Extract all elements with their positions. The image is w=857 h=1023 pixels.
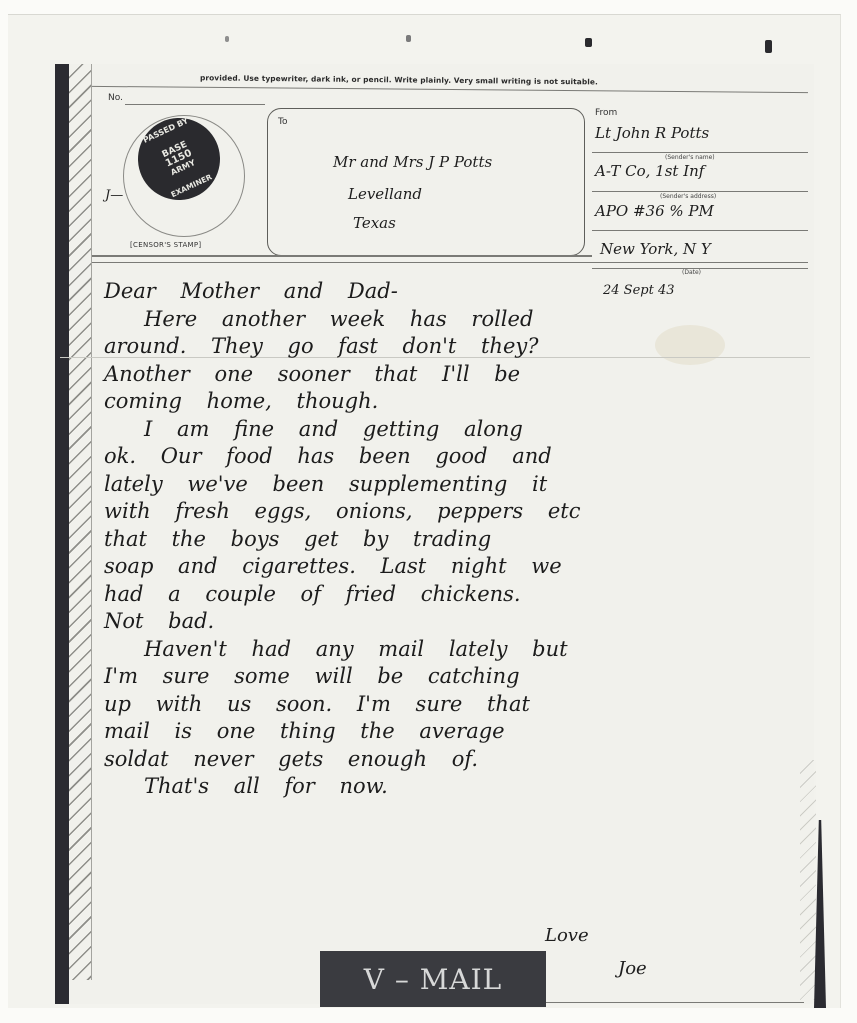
letter-line: Another one sooner that I'll be	[104, 361, 804, 389]
censor-stamp-label: [CENSOR'S STAMP]	[130, 241, 201, 249]
salutation: Dear Mother and Dad-	[104, 278, 804, 306]
sender-unit: A-T Co, 1st Inf	[595, 162, 704, 180]
left-hatched-margin	[69, 64, 92, 980]
letter-line: lately we've been supplementing it	[104, 471, 804, 499]
letter-line: mail is one thing the average	[104, 718, 804, 746]
recipient-address-box: To Mr and Mrs J P Potts Levelland Texas	[267, 108, 585, 256]
sender-name-caption: (Sender's name)	[665, 154, 715, 161]
from-label: From	[595, 108, 617, 118]
sender-city: New York, N Y	[600, 240, 711, 258]
letter-line: coming home, though.	[104, 388, 804, 416]
letter-line: Not bad.	[104, 608, 804, 636]
header-divider-2	[92, 262, 808, 263]
sender-apo: APO #36 % PM	[595, 202, 714, 220]
letter-line: that the boys get by trading	[104, 526, 804, 554]
censor-signature: J—	[105, 188, 123, 203]
letter-closing: Love	[545, 925, 589, 946]
vmail-logo: V – MAIL	[320, 951, 546, 1007]
letter-line: ok. Our food has been good and	[104, 443, 804, 471]
letter-line: That's all for now.	[104, 773, 804, 801]
punch-mark	[225, 36, 229, 42]
number-line	[125, 104, 265, 105]
number-label: No.	[108, 93, 123, 103]
sender-address-line	[592, 191, 808, 192]
to-label: To	[278, 117, 287, 127]
letter-line: soap and cigarettes. Last night we	[104, 553, 804, 581]
letter-signature: Joe	[618, 958, 647, 979]
letter-line: I'm sure some will be catching	[104, 663, 804, 691]
letter-line: soldat never gets enough of.	[104, 746, 804, 774]
footer-line	[546, 1002, 804, 1003]
punch-mark	[585, 38, 592, 47]
sender-address-caption: (Sender's address)	[660, 193, 716, 200]
punch-mark	[406, 35, 411, 42]
recipient-name: Mr and Mrs J P Potts	[333, 153, 492, 171]
letter-line: I am fine and getting along	[104, 416, 804, 444]
letter-line: up with us soon. I'm sure that	[104, 691, 804, 719]
letter-line: Here another week has rolled	[104, 306, 804, 334]
letter-line: Haven't had any mail lately but	[104, 636, 804, 664]
recipient-state: Texas	[353, 214, 396, 232]
sender-name-line	[592, 152, 808, 153]
letter-line: around. They go fast don't they?	[104, 333, 804, 361]
sender-apo-line	[592, 230, 808, 231]
recipient-city: Levelland	[348, 185, 422, 203]
letter-line: had a couple of fried chickens.	[104, 581, 804, 609]
letter-body: Dear Mother and Dad- Here another week h…	[104, 278, 804, 801]
punch-mark	[765, 40, 772, 53]
left-border-bar	[55, 64, 69, 1004]
header-divider	[92, 255, 592, 257]
sender-name: Lt John R Potts	[595, 124, 709, 142]
letter-line: with fresh eggs, onions, peppers etc	[104, 498, 804, 526]
date-caption: (Date)	[682, 269, 701, 276]
